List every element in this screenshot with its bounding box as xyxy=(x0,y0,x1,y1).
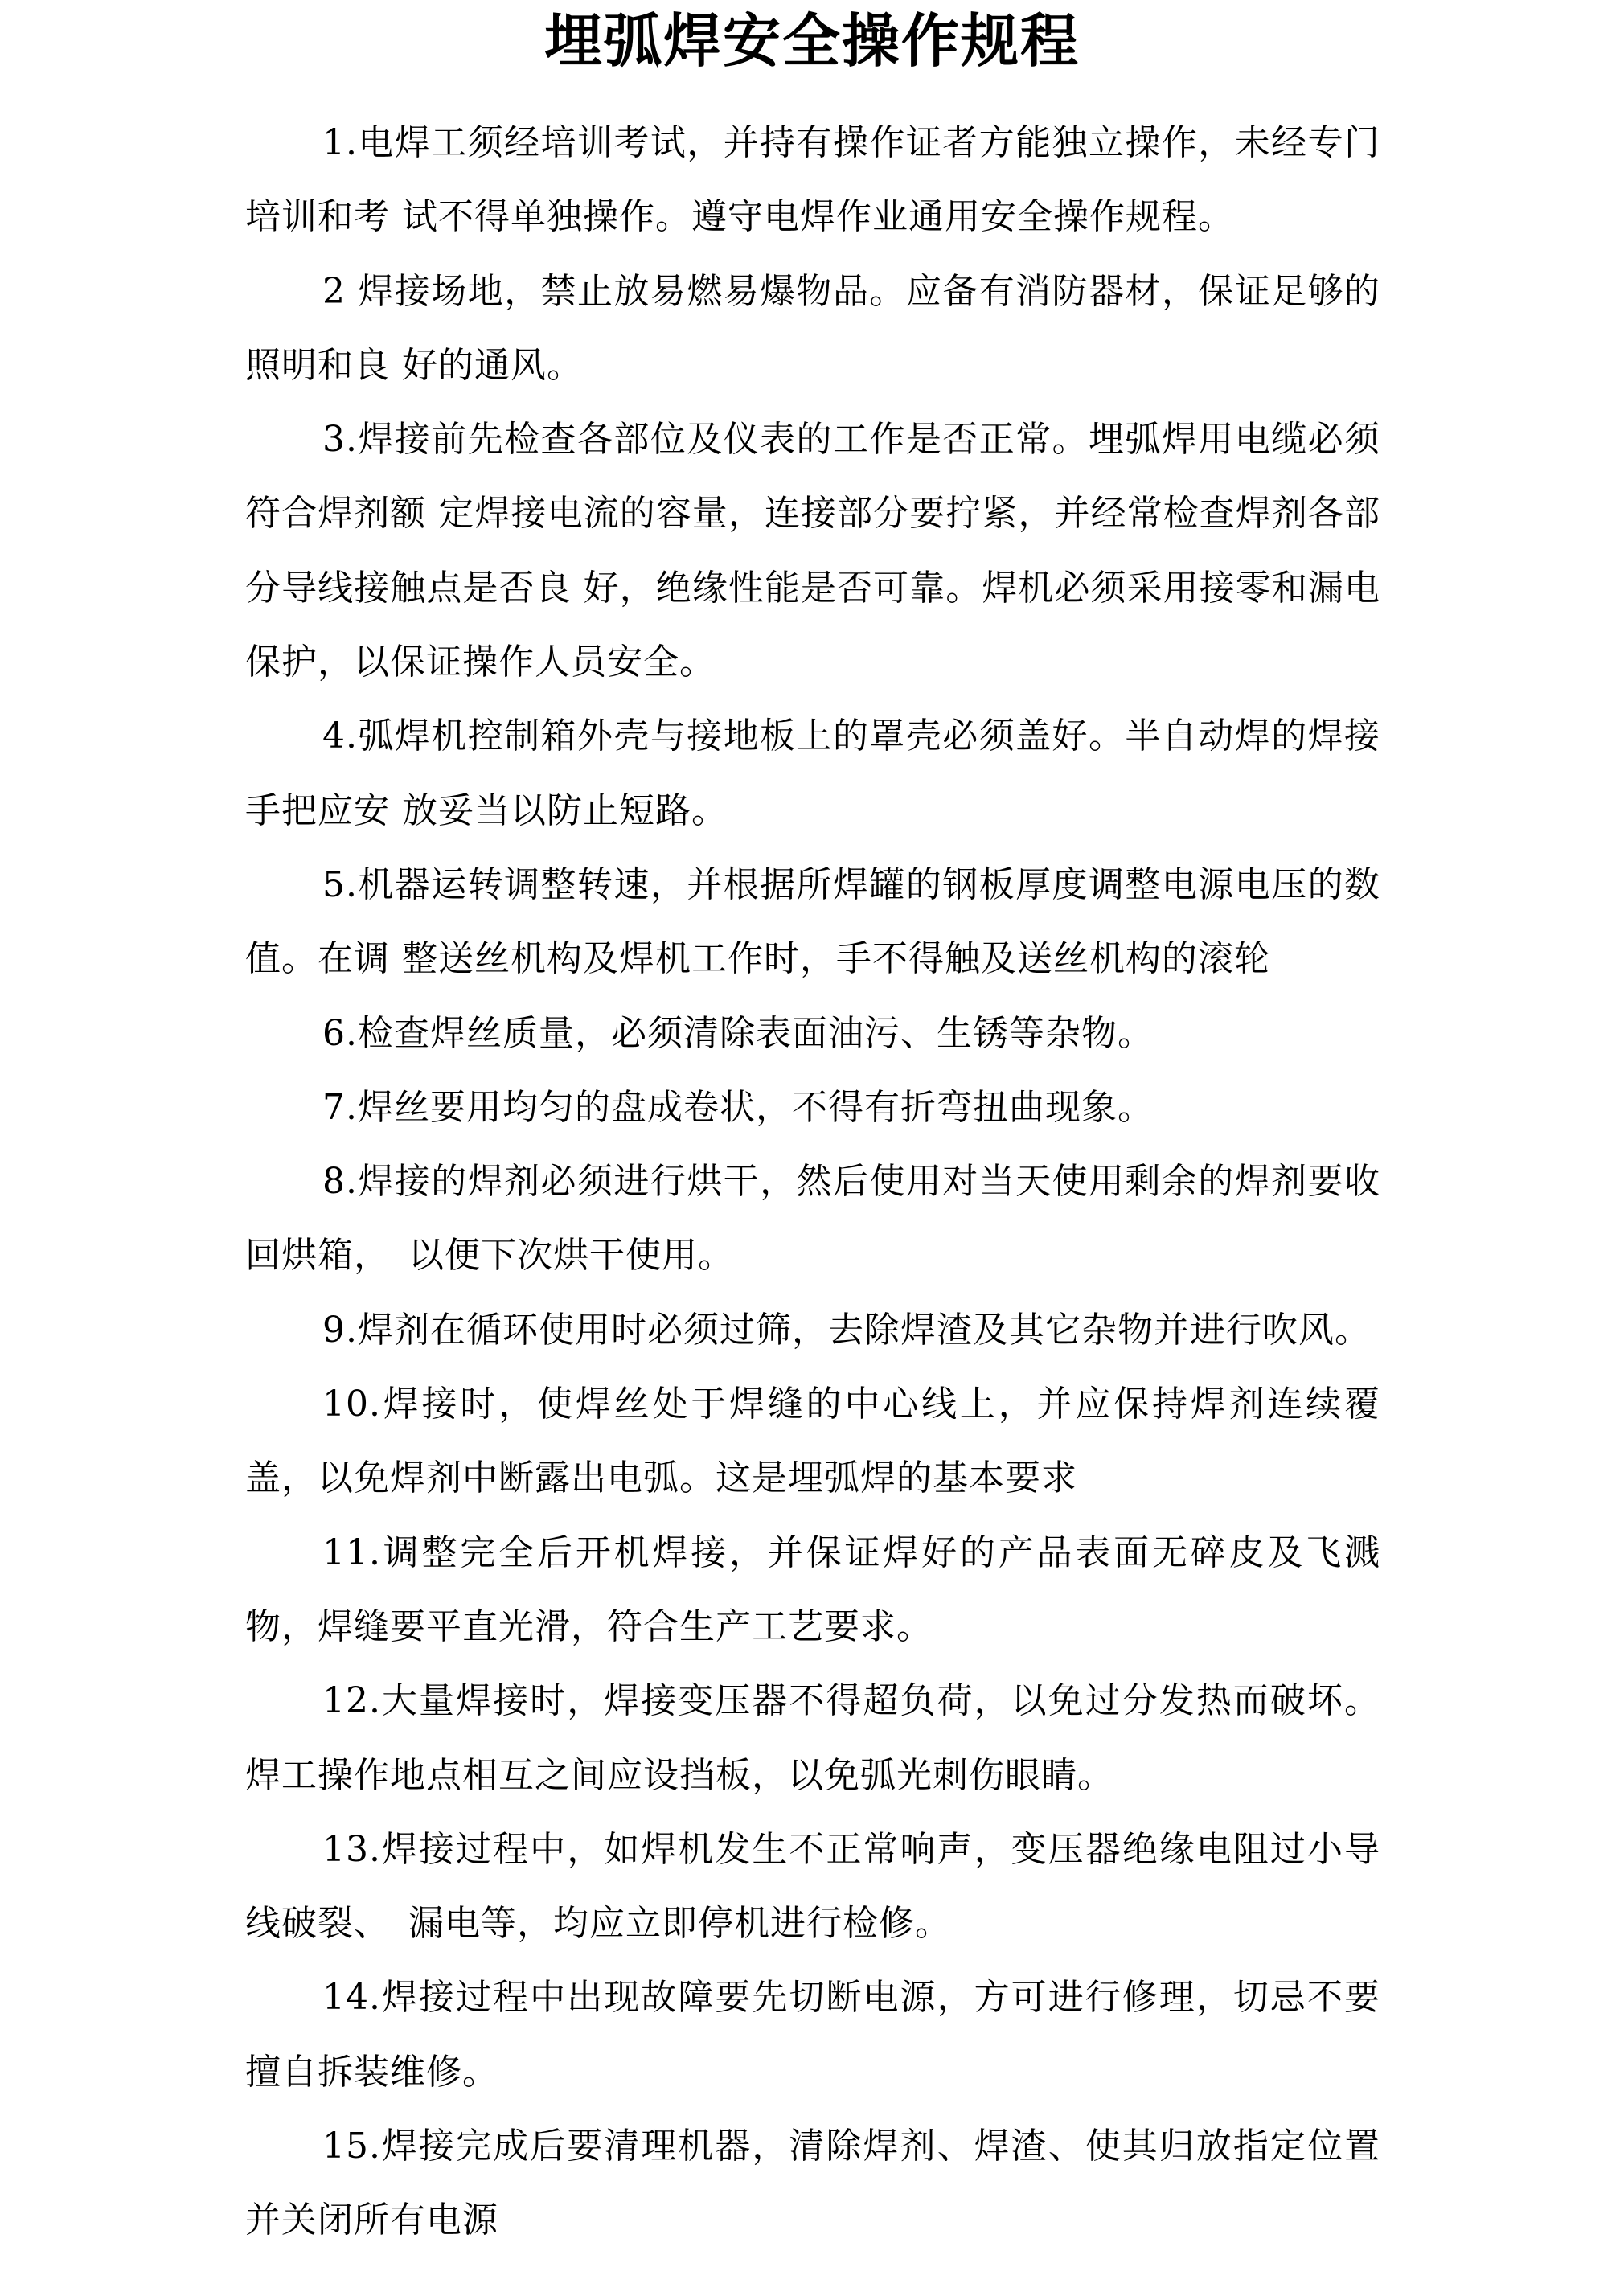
rule-paragraph-13: 13.焊接过程中，如焊机发生不正常响声，变压器绝缘电阻过小导线破裂、 漏电等，均… xyxy=(245,1813,1380,1962)
document-body: 1.电焊工须经培训考试，并持有操作证者方能独立操作，未经专门培训和考 试不得单独… xyxy=(245,106,1380,2258)
rule-paragraph-10: 10.焊接时，使焊丝处于焊缝的中心线上，并应保持焊剂连续覆盖，以免焊剂中断露出电… xyxy=(245,1367,1380,1516)
rule-paragraph-15: 15.焊接完成后要清理机器，清除焊剂、焊渣、使其归放指定位置并关闭所有电源 xyxy=(245,2109,1380,2258)
rule-paragraph-6: 6.检查焊丝质量，必须清除表面油污、生锈等杂物。 xyxy=(245,997,1380,1071)
document-page: 埋弧焊安全操作规程 1.电焊工须经培训考试，并持有操作证者方能独立操作，未经专门… xyxy=(0,0,1624,2296)
rule-paragraph-4: 4.弧焊机控制箱外壳与接地板上的罩壳必须盖好。半自动焊的焊接手把应安 放妥当以防… xyxy=(245,699,1380,848)
rule-paragraph-2: 2 焊接场地，禁止放易燃易爆物品。应备有消防器材，保证足够的照明和良 好的通风。 xyxy=(245,255,1380,404)
rule-paragraph-14: 14.焊接过程中出现故障要先切断电源，方可进行修理，切忌不要擅自拆装维修。 xyxy=(245,1961,1380,2109)
rule-paragraph-9: 9.焊剂在循环使用时必须过筛，去除焊渣及其它杂物并进行吹风。 xyxy=(245,1294,1380,1367)
rule-paragraph-12: 12.大量焊接时，焊接变压器不得超负荷，以免过分发热而破坏。焊工操作地点相互之间… xyxy=(245,1664,1380,1813)
rule-paragraph-7: 7.焊丝要用均匀的盘成卷状，不得有折弯扭曲现象。 xyxy=(245,1071,1380,1145)
rule-paragraph-11: 11.调整完全后开机焊接，并保证焊好的产品表面无碎皮及飞溅物，焊缝要平直光滑，符… xyxy=(245,1516,1380,1665)
rule-paragraph-8: 8.焊接的焊剂必须进行烘干，然后使用对当天使用剩余的焊剂要收回烘箱， 以便下次烘… xyxy=(245,1145,1380,1294)
document-title: 埋弧焊安全操作规程 xyxy=(0,5,1624,77)
rule-paragraph-3: 3.焊接前先检查各部位及仪表的工作是否正常。埋弧焊用电缆必须符合焊剂额 定焊接电… xyxy=(245,403,1380,699)
rule-paragraph-5: 5.机器运转调整转速，并根据所焊罐的钢板厚度调整电源电压的数值。在调 整送丝机构… xyxy=(245,848,1380,997)
rule-paragraph-1: 1.电焊工须经培训考试，并持有操作证者方能独立操作，未经专门培训和考 试不得单独… xyxy=(245,106,1380,255)
